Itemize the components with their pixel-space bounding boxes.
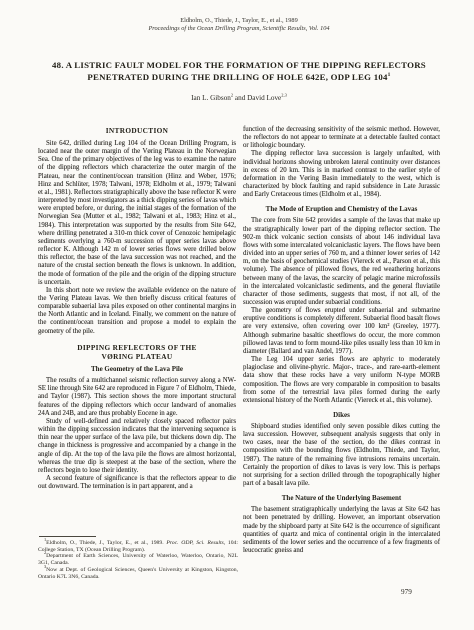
heading-dipping-reflectors-line-1: DIPPING REFLECTORS OF THE <box>38 343 236 352</box>
heading-underlying-basement: The Nature of the Underlying Basement <box>243 494 440 502</box>
title-footnote-ref: 1 <box>388 72 391 78</box>
footnote-1-text-italic: Proc. ODP, Sci. Results, <box>166 540 225 546</box>
heading-geometry-of-lava-pile: The Geometry of the Lava Pile <box>38 365 236 373</box>
paper-title-text: 48. A LISTRIC FAULT MODEL FOR THE FORMAT… <box>52 60 426 82</box>
paper-page: Eldholm, O., Thiede, J., Taylor, E., et … <box>0 0 474 630</box>
paragraph-eruption-3: The Leg 104 upper series flows are aphyr… <box>243 356 440 405</box>
paragraph-unfaulted: The dipping reflector lava succession is… <box>243 150 440 199</box>
author-2-affiliation-ref: 2,3 <box>281 93 287 98</box>
footnote-2-text: Department of Earth Sciences, University… <box>38 553 238 566</box>
footnote-3-text: Now at Dept. of Geological Sciences, Que… <box>38 567 238 580</box>
right-column: function of the decreasing sensitivity o… <box>243 126 440 555</box>
footnote-separator <box>39 536 96 537</box>
author-connector: and <box>233 94 247 102</box>
running-head-journal: Proceedings of the Ocean Drilling Progra… <box>37 25 441 33</box>
paper-title: 48. A LISTRIC FAULT MODEL FOR THE FORMAT… <box>36 60 442 84</box>
paragraph-intro-2: In this short note we review the availab… <box>38 287 236 336</box>
running-head: Eldholm, O., Thiede, J., Taylor, E., et … <box>37 17 441 34</box>
heading-mode-of-eruption: The Mode of Eruption and Chemistry of th… <box>243 205 440 213</box>
paragraph-eruption-2: The geometry of flows erupted under suba… <box>243 307 440 356</box>
paragraph-eruption-1: The core from Site 642 provides a sample… <box>243 217 440 307</box>
paragraph-geometry-1: The results of a multichannel seismic re… <box>38 377 236 418</box>
author-1: Ian L. Gibson <box>191 94 231 102</box>
paragraph-dikes: Shipboard studies identified only seven … <box>243 423 440 488</box>
heading-dipping-reflectors: DIPPING REFLECTORS OF THE VØRING PLATEAU <box>38 343 236 361</box>
heading-introduction: INTRODUCTION <box>38 126 236 135</box>
page-number: 979 <box>401 588 412 596</box>
footnote-1: 1Eldholm, O., Thiede, J., Taylor, E., et… <box>38 540 238 553</box>
footnote-2: 2Department of Earth Sciences, Universit… <box>38 553 238 566</box>
heading-dikes: Dikes <box>243 411 440 419</box>
footnotes: 1Eldholm, O., Thiede, J., Taylor, E., et… <box>38 536 238 580</box>
footnote-3: 3Now at Dept. of Geological Sciences, Qu… <box>38 567 238 580</box>
paragraph-basement: The basement stratigraphically underlyin… <box>243 506 440 555</box>
paragraph-geometry-3: A second feature of significance is that… <box>38 475 236 491</box>
author-2: David Love <box>247 94 281 102</box>
paragraph-intro-1: Site 642, drilled during Leg 104 of the … <box>38 140 236 287</box>
heading-dipping-reflectors-line-2: VØRING PLATEAU <box>38 352 236 361</box>
footnote-1-text-pre: Eldholm, O., Thiede, J., Taylor, E., et … <box>46 540 166 546</box>
paragraph-geometry-2: Study of well-defined and relatively clo… <box>38 418 236 475</box>
paragraph-continuation: function of the decreasing sensitivity o… <box>243 126 440 150</box>
left-column: INTRODUCTION Site 642, drilled during Le… <box>38 126 236 491</box>
running-head-citation: Eldholm, O., Thiede, J., Taylor, E., et … <box>37 17 441 25</box>
author-line: Ian L. Gibson2 and David Love2,3 <box>37 94 441 102</box>
